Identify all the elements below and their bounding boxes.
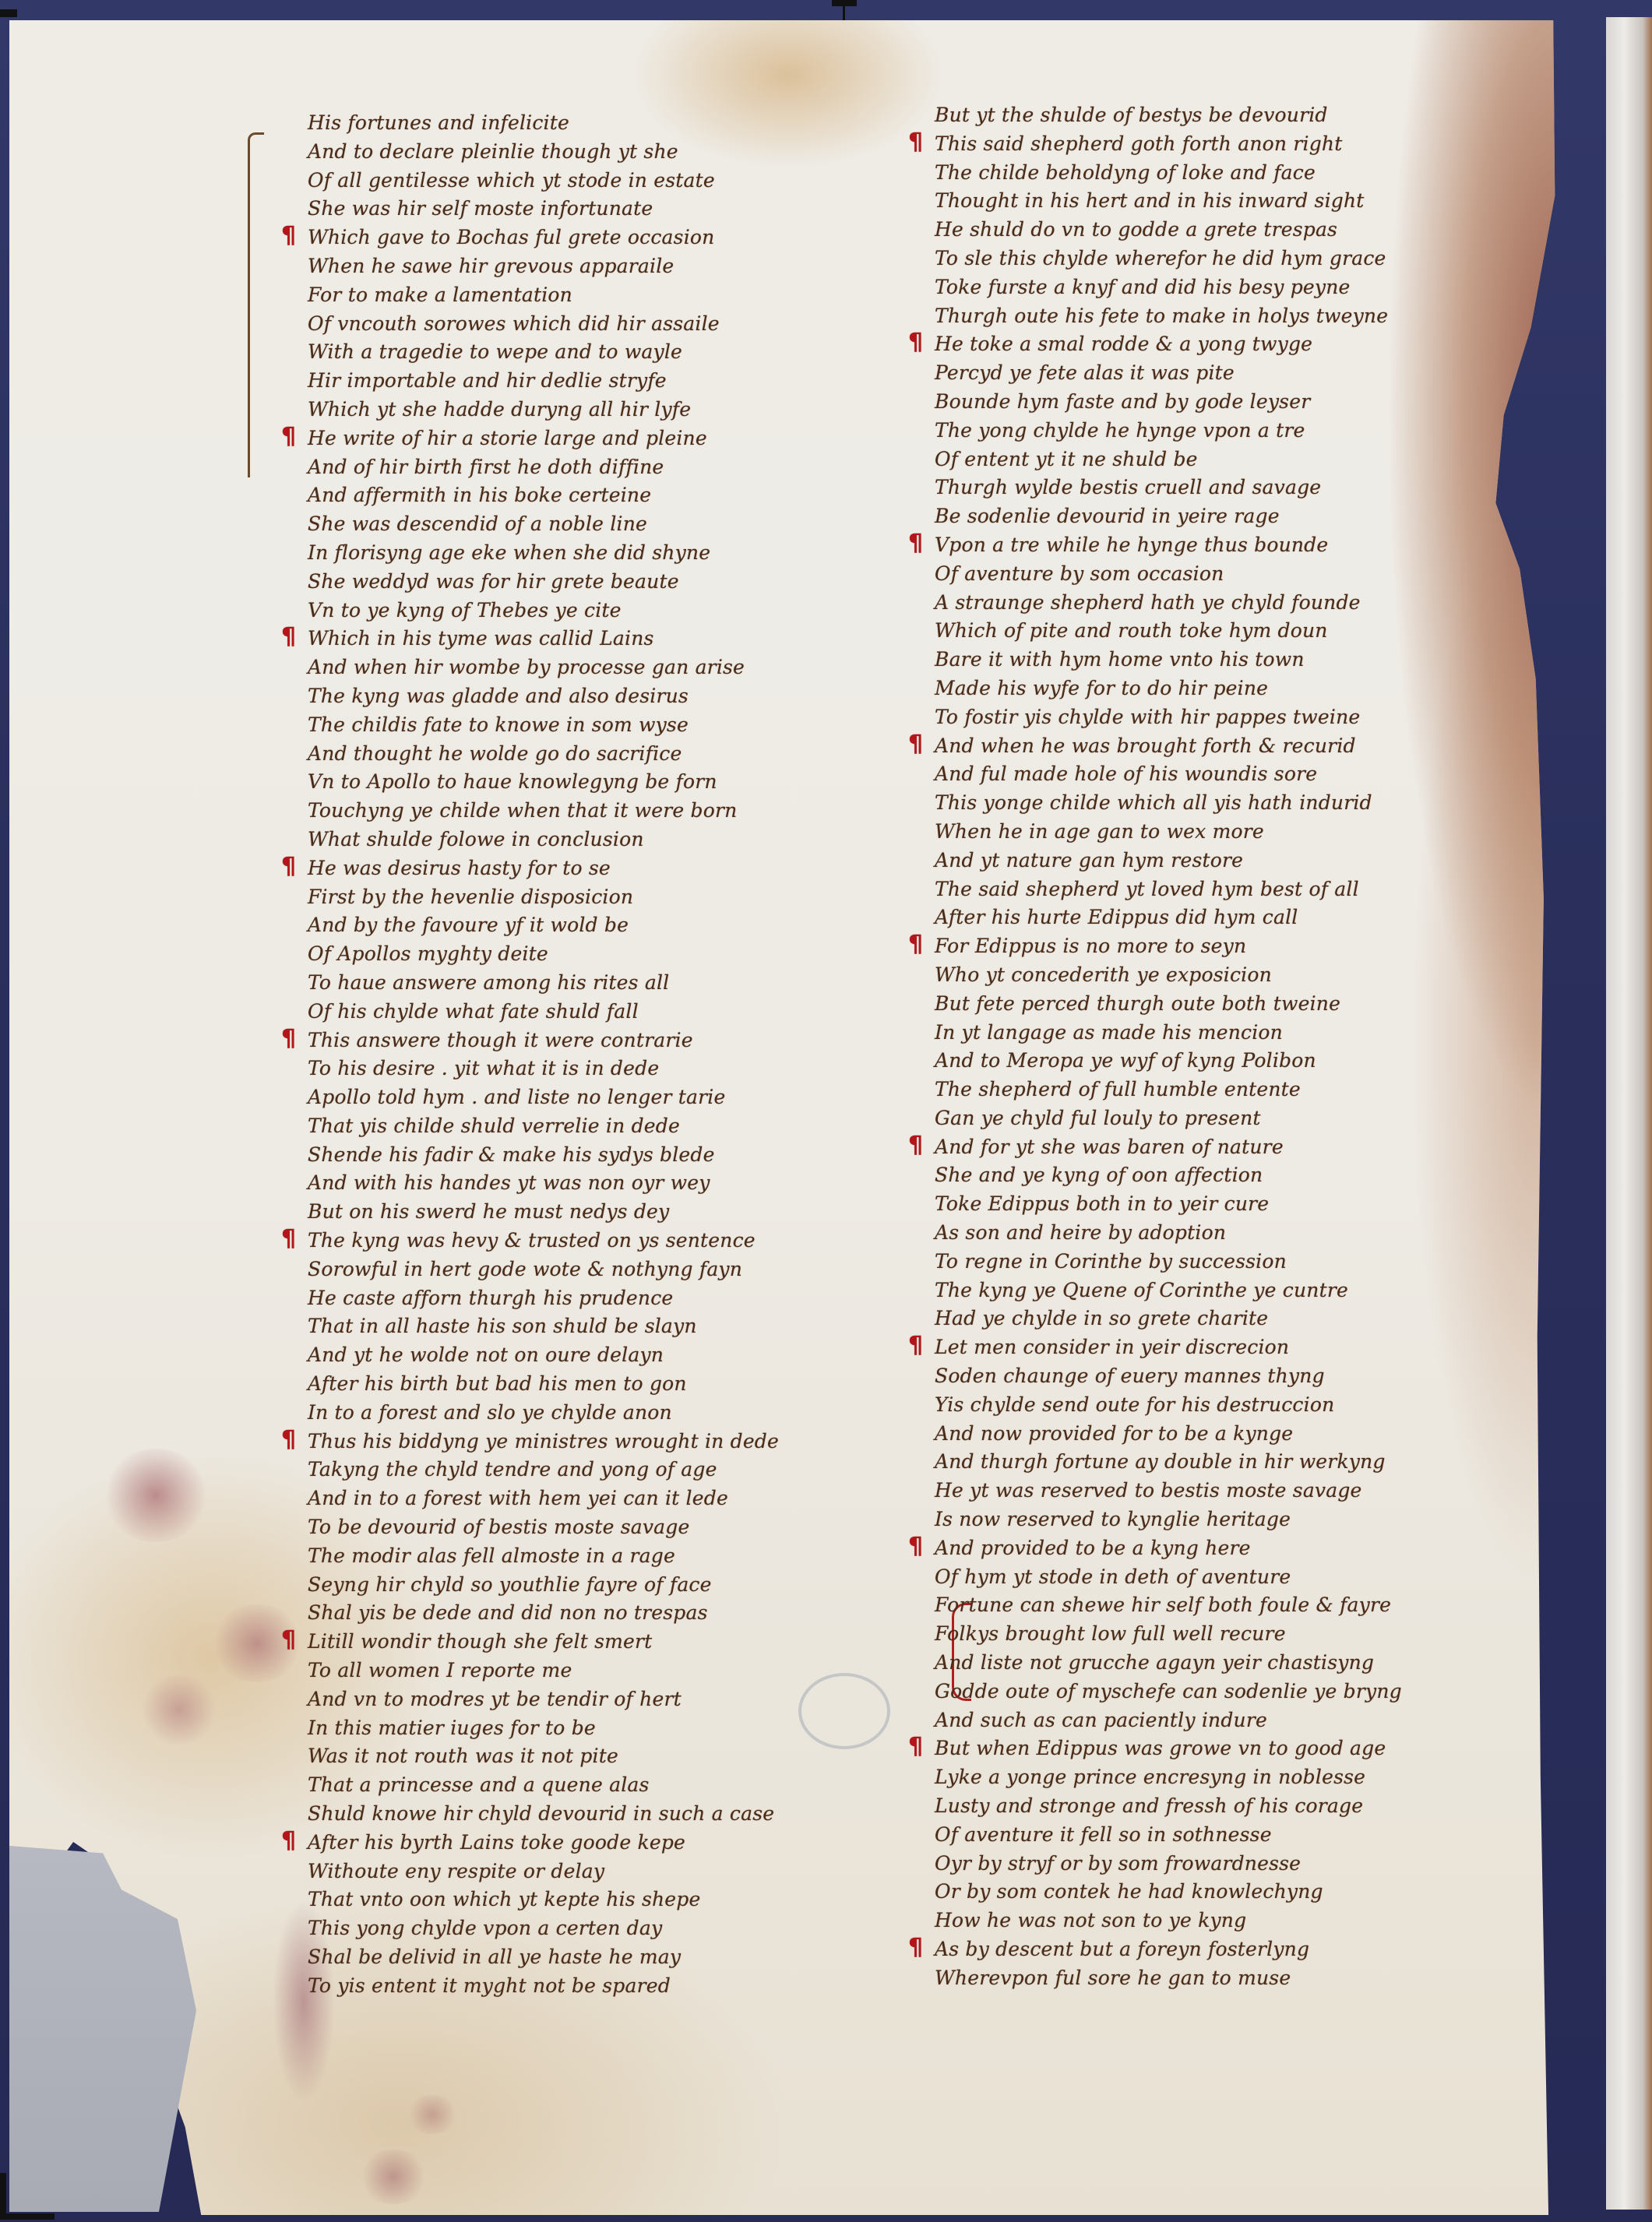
verse-line: The said shepherd yt loved hym best of a… — [935, 875, 1480, 904]
verse-line: When he sawe hir grevous apparaile — [308, 252, 853, 281]
verse-line: Apollo told hym . and liste no lenger ta… — [308, 1083, 853, 1112]
verse-line: But fete perced thurgh oute both tweine — [935, 990, 1480, 1019]
verse-line: Of aventure by som occasion — [935, 560, 1480, 589]
verse-text: That a princesse and a quene alas — [308, 1773, 650, 1796]
verse-text: Apollo told hym . and liste no lenger ta… — [308, 1086, 725, 1108]
paraph-icon: ¶ — [281, 222, 296, 251]
verse-line: Folkys brought low full well recure — [935, 1620, 1480, 1649]
verse-text: She was descendid of a noble line — [308, 512, 647, 535]
verse-line: Lyke a yonge prince encresyng in nobless… — [935, 1763, 1480, 1792]
verse-text: And provided to be a kyng here — [935, 1537, 1251, 1559]
verse-line: He yt was reserved to bestis moste savag… — [935, 1477, 1480, 1505]
verse-line: Touchyng ye childe when that it were bor… — [308, 797, 853, 826]
verse-text: Seyng hir chyld so youthlie fayre of fac… — [308, 1573, 712, 1596]
verse-text: Shuld knowe hir chyld devourid in such a… — [308, 1802, 774, 1825]
paraph-icon: ¶ — [281, 423, 296, 452]
verse-line: After his birth but bad his men to gon — [308, 1370, 853, 1399]
verse-text: Thurgh oute his fete to make in holys tw… — [935, 305, 1388, 327]
paraph-icon: ¶ — [281, 1225, 296, 1254]
verse-text: And affermith in his boke certeine — [308, 484, 651, 506]
verse-text: Yis chylde send oute for his destruccion — [935, 1393, 1334, 1416]
verse-text: Was it not routh was it not pite — [308, 1745, 618, 1767]
verse-text: Folkys brought low full well recure — [935, 1622, 1286, 1645]
verse-text: That yis childe shuld verrelie in dede — [308, 1115, 680, 1137]
verse-text: Lyke a yonge prince encresyng in nobless… — [935, 1766, 1365, 1788]
verse-text: That in all haste his son shuld be slayn — [308, 1315, 697, 1337]
margin-bracket-stroke — [248, 132, 264, 477]
verse-text: And liste not grucche agayn yeir chastis… — [935, 1651, 1374, 1674]
verse-text: This yonge childe which all yis hath ind… — [935, 791, 1372, 814]
verse-text: Had ye chylde in so grete charite — [935, 1307, 1268, 1329]
verse-text: Of all gentilesse which yt stode in esta… — [308, 169, 715, 192]
verse-line: The kyng ye Quene of Corinthe ye cuntre — [935, 1277, 1480, 1305]
verse-line: The shepherd of full humble entente — [935, 1076, 1480, 1104]
stain — [405, 2095, 460, 2134]
verse-line: Percyd ye fete alas it was pite — [935, 359, 1480, 388]
verse-text: And in to a forest with hem yei can it l… — [308, 1487, 728, 1509]
verse-text: After his hurte Edippus did hym call — [935, 906, 1298, 928]
paraph-icon: ¶ — [281, 1426, 296, 1455]
verse-line: ¶But when Edippus was growe vn to good a… — [935, 1734, 1480, 1763]
verse-line: ¶The kyng was hevy & trusted on ys sente… — [308, 1227, 853, 1255]
verse-line: Vn to ye kyng of Thebes ye cite — [308, 597, 853, 625]
verse-line: ¶This answere though it were contrarie — [308, 1026, 853, 1055]
text-column-left: His fortunes and infeliciteAnd to declar… — [308, 109, 853, 2001]
verse-text: Be sodenlie devourid in yeire rage — [935, 505, 1280, 527]
verse-text: But fete perced thurgh oute both tweine — [935, 992, 1340, 1015]
verse-line: And thurgh fortune ay double in hir werk… — [935, 1448, 1480, 1477]
verse-text: Gan ye chyld ful louly to present — [935, 1107, 1261, 1129]
verse-line: After his hurte Edippus did hym call — [935, 903, 1480, 932]
verse-line: ¶And for yt she was baren of nature — [935, 1133, 1480, 1162]
verse-text: Which of pite and routh toke hym doun — [935, 619, 1328, 642]
verse-line: To regne in Corinthe by succession — [935, 1248, 1480, 1277]
verse-line: That yis childe shuld verrelie in dede — [308, 1112, 853, 1141]
verse-line: Was it not routh was it not pite — [308, 1742, 853, 1771]
verse-line: ¶This said shepherd goth forth anon righ… — [935, 130, 1480, 159]
verse-line: Lusty and stronge and fressh of his cora… — [935, 1792, 1480, 1821]
paraph-icon: ¶ — [908, 1733, 923, 1762]
verse-text: His fortunes and infelicite — [308, 111, 569, 134]
verse-text: He write of hir a storie large and plein… — [308, 427, 707, 449]
paraph-icon: ¶ — [908, 530, 923, 558]
verse-line: Of Apollos myghty deite — [308, 940, 853, 969]
verse-line: ¶He toke a smal rodde & a yong twyge — [935, 330, 1480, 359]
verse-text: The shepherd of full humble entente — [935, 1078, 1301, 1100]
verse-text: And by the favoure yf it wold be — [308, 914, 629, 936]
verse-line: Bounde hym faste and by gode leyser — [935, 388, 1480, 417]
verse-text: Bounde hym faste and by gode leyser — [935, 390, 1310, 413]
verse-line: That a princesse and a quene alas — [308, 1771, 853, 1800]
verse-line: ¶Vpon a tre while he hynge thus bounde — [935, 531, 1480, 560]
verse-line: And ful made hole of his woundis sore — [935, 760, 1480, 789]
verse-text: This yong chylde vpon a certen day — [308, 1917, 662, 1939]
verse-text: Let men consider in yeir discrecion — [935, 1336, 1289, 1358]
verse-line: Hir importable and hir dedlie stryfe — [308, 367, 853, 396]
verse-text: Takyng the chyld tendre and yong of age — [308, 1458, 717, 1481]
verse-text: And thurgh fortune ay double in hir werk… — [935, 1450, 1386, 1473]
verse-text: Oyr by stryf or by som frowardnesse — [935, 1852, 1301, 1875]
verse-text: Toke Edippus both in to yeir cure — [935, 1192, 1269, 1215]
verse-text: And when he was brought forth & recurid — [935, 734, 1356, 757]
verse-text: To be devourid of bestis moste savage — [308, 1516, 689, 1538]
verse-line: In yt langage as made his mencion — [935, 1019, 1480, 1048]
verse-text: He was desirus hasty for to se — [308, 857, 611, 879]
registration-mark-corner — [0, 2173, 6, 2220]
verse-text: Withoute eny respite or delay — [308, 1860, 604, 1882]
verse-line: ¶Which gave to Bochas ful grete occasion — [308, 224, 853, 252]
verse-line: Takyng the chyld tendre and yong of age — [308, 1456, 853, 1484]
verse-text: Of vncouth sorowes which did hir assaile — [308, 312, 720, 335]
verse-line: To his desire . yit what it is in dede — [308, 1055, 853, 1083]
verse-line: And liste not grucche agayn yeir chastis… — [935, 1649, 1480, 1678]
verse-line: Vn to Apollo to haue knowlegyng be forn — [308, 768, 853, 797]
verse-text: The kyng ye Quene of Corinthe ye cuntre — [935, 1279, 1348, 1301]
verse-text: In florisyng age eke when she did shyne — [308, 541, 710, 564]
verse-line: And by the favoure yf it wold be — [308, 911, 853, 940]
verse-line: To sle this chylde wherefor he did hym g… — [935, 245, 1480, 273]
verse-text: Wherevpon ful sore he gan to muse — [935, 1967, 1291, 1989]
verse-line: ¶And when he was brought forth & recurid — [935, 732, 1480, 761]
verse-text: Is now reserved to kynglie heritage — [935, 1508, 1291, 1530]
paraph-icon: ¶ — [908, 1332, 923, 1361]
paraph-icon: ¶ — [281, 1626, 296, 1655]
verse-line: First by the hevenlie disposicion — [308, 883, 853, 912]
verse-text: Vn to ye kyng of Thebes ye cite — [308, 599, 622, 622]
registration-mark-top — [832, 0, 857, 6]
paraph-icon: ¶ — [908, 329, 923, 357]
paraph-icon: ¶ — [908, 1934, 923, 1963]
verse-text: To haue answere among his rites all — [308, 971, 669, 994]
verse-line: In to a forest and slo ye chylde anon — [308, 1399, 853, 1428]
verse-text: She was hir self moste infortunate — [308, 197, 653, 220]
adjacent-leaf-edge — [1606, 17, 1652, 2210]
verse-line: Oyr by stryf or by som frowardnesse — [935, 1850, 1480, 1879]
verse-text: The childis fate to knowe in som wyse — [308, 713, 689, 736]
verse-line: That vnto oon which yt kepte his shepe — [308, 1886, 853, 1914]
verse-line: She was descendid of a noble line — [308, 510, 853, 539]
verse-text: She and ye kyng of oon affection — [935, 1164, 1263, 1186]
verse-text: He caste afforn thurgh his prudence — [308, 1287, 673, 1309]
verse-line: She and ye kyng of oon affection — [935, 1161, 1480, 1190]
verse-line: To be devourid of bestis moste savage — [308, 1513, 853, 1542]
verse-line: The childis fate to knowe in som wyse — [308, 711, 853, 740]
verse-line: And vn to modres yt be tendir of hert — [308, 1685, 853, 1714]
verse-line: Fortune can shewe hir self both foule & … — [935, 1591, 1480, 1620]
verse-line: ¶For Edippus is no more to seyn — [935, 932, 1480, 961]
verse-line: This yong chylde vpon a certen day — [308, 1914, 853, 1943]
verse-text: Toke furste a knyf and did his besy peyn… — [935, 276, 1351, 298]
verse-line: This yonge childe which all yis hath ind… — [935, 789, 1480, 818]
verse-text: Vpon a tre while he hynge thus bounde — [935, 533, 1328, 556]
verse-line: As son and heire by adoption — [935, 1219, 1480, 1248]
verse-line: Of all gentilesse which yt stode in esta… — [308, 167, 853, 195]
verse-text: For to make a lamentation — [308, 283, 572, 306]
verse-line: He caste afforn thurgh his prudence — [308, 1284, 853, 1313]
verse-text: Of his chylde what fate shuld fall — [308, 1000, 639, 1023]
verse-line: And yt he wolde not on oure delayn — [308, 1341, 853, 1370]
stain — [101, 1449, 210, 1542]
verse-text: He shuld do vn to godde a grete trespas — [935, 218, 1337, 241]
stain — [140, 1674, 218, 1745]
verse-text: This answere though it were contrarie — [308, 1029, 693, 1051]
verse-line: Of his chylde what fate shuld fall — [308, 998, 853, 1026]
verse-line: And when hir wombe by processe gan arise — [308, 653, 853, 682]
verse-line: But on his swerd he must nedys dey — [308, 1198, 853, 1227]
verse-text: Which yt she hadde duryng all hir lyfe — [308, 398, 691, 421]
verse-line: Or by som contek he had knowlechyng — [935, 1878, 1480, 1907]
verse-text: And such as can paciently indure — [935, 1709, 1267, 1731]
verse-text: Shende his fadir & make his sydys blede — [308, 1143, 715, 1166]
verse-text: And for yt she was baren of nature — [935, 1136, 1284, 1158]
verse-text: To sle this chylde wherefor he did hym g… — [935, 247, 1386, 269]
verse-text: Thus his biddyng ye ministres wrought in… — [308, 1430, 779, 1453]
verse-line: ¶And provided to be a kyng here — [935, 1534, 1480, 1563]
verse-line: Of hym yt stode in deth of aventure — [935, 1563, 1480, 1592]
verse-text: When he sawe hir grevous apparaile — [308, 255, 674, 277]
verse-line: Be sodenlie devourid in yeire rage — [935, 502, 1480, 531]
verse-text: Litill wondir though she felt smert — [308, 1630, 652, 1653]
verse-line: With a tragedie to wepe and to wayle — [308, 338, 853, 367]
text-column-right: But yt the shulde of bestys be devourid¶… — [935, 101, 1480, 1993]
verse-line: Of vncouth sorowes which did hir assaile — [308, 310, 853, 339]
verse-text: As son and heire by adoption — [935, 1221, 1226, 1244]
verse-line: He shuld do vn to godde a grete trespas — [935, 216, 1480, 245]
verse-line: Shende his fadir & make his sydys blede — [308, 1141, 853, 1170]
verse-text: Fortune can shewe hir self both foule & … — [935, 1593, 1391, 1616]
verse-line: And to declare pleinlie though yt she — [308, 138, 853, 167]
verse-line: Gan ye chyld ful louly to present — [935, 1104, 1480, 1133]
verse-text: With a tragedie to wepe and to wayle — [308, 340, 682, 363]
verse-line: Had ye chylde in so grete charite — [935, 1305, 1480, 1333]
verse-text: To all women I reporte me — [308, 1659, 572, 1681]
verse-line: Wherevpon ful sore he gan to muse — [935, 1964, 1480, 1993]
verse-line: The modir alas fell almoste in a rage — [308, 1542, 853, 1571]
paraph-icon: ¶ — [908, 129, 923, 157]
verse-line: What shulde folowe in conclusion — [308, 826, 853, 854]
verse-text: And now provided for to be a kynge — [935, 1422, 1293, 1445]
verse-text: And when hir wombe by processe gan arise — [308, 656, 745, 678]
verse-text: As by descent but a foreyn fosterlyng — [935, 1938, 1309, 1960]
verse-line: A straunge shepherd hath ye chyld founde — [935, 589, 1480, 618]
verse-text: But when Edippus was growe vn to good ag… — [935, 1737, 1386, 1759]
verse-text: And thought he wolde go do sacrifice — [308, 742, 682, 765]
verse-line: To fostir yis chylde with hir pappes twe… — [935, 703, 1480, 732]
verse-text: The kyng was hevy & trusted on ys senten… — [308, 1229, 756, 1252]
verse-line: The childe beholdyng of loke and face — [935, 159, 1480, 188]
verse-line: Shal yis be dede and did non no trespas — [308, 1599, 853, 1628]
verse-text: When he in age gan to wex more — [935, 820, 1264, 843]
verse-text: How he was not son to ye kyng — [935, 1909, 1246, 1931]
verse-text: The childe beholdyng of loke and face — [935, 161, 1316, 184]
verse-line: Thought in his hert and in his inward si… — [935, 187, 1480, 216]
verse-text: Which in his tyme was callid Lains — [308, 627, 654, 650]
verse-line: ¶As by descent but a foreyn fosterlyng — [935, 1935, 1480, 1964]
paraph-icon: ¶ — [908, 931, 923, 960]
verse-line: She was hir self moste infortunate — [308, 195, 853, 224]
verse-line: Godde oute of myschefe can sodenlie ye b… — [935, 1678, 1480, 1706]
verse-line: And yt nature gan hym restore — [935, 847, 1480, 875]
verse-line: Sorowful in hert gode wote & nothyng fay… — [308, 1255, 853, 1284]
verse-text: And to declare pleinlie though yt she — [308, 140, 678, 163]
verse-line: ¶He write of hir a storie large and plei… — [308, 424, 853, 453]
verse-text: Touchyng ye childe when that it were bor… — [308, 799, 737, 822]
verse-text: But on his swerd he must nedys dey — [308, 1200, 669, 1223]
verse-text: The yong chylde he hynge vpon a tre — [935, 419, 1305, 442]
verse-line: Soden chaunge of euery mannes thyng — [935, 1362, 1480, 1391]
verse-text: Soden chaunge of euery mannes thyng — [935, 1365, 1325, 1387]
verse-text: Hir importable and hir dedlie stryfe — [308, 369, 667, 392]
verse-line: The yong chylde he hynge vpon a tre — [935, 417, 1480, 445]
verse-text: The kyng was gladde and also desirus — [308, 685, 689, 707]
verse-text: Percyd ye fete alas it was pite — [935, 361, 1235, 384]
verse-line: ¶After his byrth Lains toke goode kepe — [308, 1829, 853, 1858]
verse-text: Shal be delivid in all ye haste he may — [308, 1946, 681, 1968]
verse-line: ¶Let men consider in yeir discrecion — [935, 1333, 1480, 1362]
paraph-icon: ¶ — [908, 1132, 923, 1160]
verse-line: And with his handes yt was non oyr wey — [308, 1169, 853, 1198]
verse-line: In florisyng age eke when she did shyne — [308, 539, 853, 568]
verse-text: To yis entent it myght not be spared — [308, 1974, 671, 1997]
verse-text: The said shepherd yt loved hym best of a… — [935, 878, 1359, 900]
verse-text: Sorowful in hert gode wote & nothyng fay… — [308, 1258, 742, 1280]
verse-text: In yt langage as made his mencion — [935, 1021, 1283, 1044]
verse-text: To his desire . yit what it is in dede — [308, 1057, 659, 1079]
verse-line: And of hir birth first he doth diffine — [308, 453, 853, 482]
verse-line: To yis entent it myght not be spared — [308, 1972, 853, 2001]
verse-text: And to Meropa ye wyf of kyng Polibon — [935, 1049, 1316, 1072]
verse-line: Of entent yt it ne shuld be — [935, 445, 1480, 474]
verse-text: Lusty and stronge and fressh of his cora… — [935, 1794, 1363, 1817]
verse-line: And in to a forest with hem yei can it l… — [308, 1484, 853, 1513]
verse-line: But yt the shulde of bestys be devourid — [935, 101, 1480, 130]
verse-line: In this matier iuges for to be — [308, 1714, 853, 1743]
verse-line: Toke furste a knyf and did his besy peyn… — [935, 273, 1480, 302]
verse-line: Made his wyfe for to do hir peine — [935, 674, 1480, 703]
registration-mark-corner — [0, 2213, 55, 2220]
verse-line: And now provided for to be a kynge — [935, 1420, 1480, 1449]
verse-text: And yt nature gan hym restore — [935, 849, 1243, 872]
verse-text: And with his handes yt was non oyr wey — [308, 1171, 710, 1194]
verse-text: Thought in his hert and in his inward si… — [935, 189, 1365, 212]
verse-text: Vn to Apollo to haue knowlegyng be forn — [308, 770, 717, 793]
verse-line: She weddyd was for hir grete beaute — [308, 568, 853, 597]
paraph-icon: ¶ — [908, 1533, 923, 1562]
verse-text: Which gave to Bochas ful grete occasion — [308, 226, 714, 248]
verse-line: Of aventure it fell so in sothnesse — [935, 1821, 1480, 1850]
verse-text: Of aventure by som occasion — [935, 562, 1224, 585]
verse-text: Made his wyfe for to do hir peine — [935, 677, 1268, 699]
verse-text: And ful made hole of his woundis sore — [935, 762, 1317, 785]
verse-text: The modir alas fell almoste in a rage — [308, 1544, 675, 1567]
verse-line: ¶Litill wondir though she felt smert — [308, 1628, 853, 1657]
verse-text: Bare it with hym home vnto his town — [935, 648, 1305, 671]
verse-line: That in all haste his son shuld be slayn — [308, 1312, 853, 1341]
verse-text: After his birth but bad his men to gon — [308, 1372, 687, 1395]
verse-text: Godde oute of myschefe can sodenlie ye b… — [935, 1680, 1402, 1703]
verse-line: When he in age gan to wex more — [935, 818, 1480, 847]
verse-line: Shuld knowe hir chyld devourid in such a… — [308, 1800, 853, 1829]
verse-text: Of aventure it fell so in sothnesse — [935, 1823, 1272, 1846]
verse-text: Who yt concederith ye exposicion — [935, 963, 1272, 986]
verse-text: And of hir birth first he doth diffine — [308, 456, 664, 478]
verse-line: For to make a lamentation — [308, 281, 853, 310]
verse-line: Shal be delivid in all ye haste he may — [308, 1943, 853, 1972]
verse-line: Which of pite and routh toke hym doun — [935, 617, 1480, 646]
paraph-icon: ¶ — [908, 731, 923, 759]
verse-text: To regne in Corinthe by succession — [935, 1250, 1287, 1273]
verse-line: And such as can paciently indure — [935, 1706, 1480, 1735]
verse-text: But yt the shulde of bestys be devourid — [935, 104, 1328, 126]
verse-line: His fortunes and infelicite — [308, 109, 853, 138]
paraph-icon: ¶ — [281, 1827, 296, 1856]
verse-text: Thurgh wylde bestis cruell and savage — [935, 476, 1321, 498]
verse-line: Yis chylde send oute for his destruccion — [935, 1391, 1480, 1420]
verse-text: After his byrth Lains toke goode kepe — [308, 1831, 685, 1854]
verse-line: ¶Thus his biddyng ye ministres wrought i… — [308, 1428, 853, 1456]
verse-text: Of hym yt stode in deth of aventure — [935, 1565, 1291, 1588]
verse-text: And vn to modres yt be tendir of hert — [308, 1688, 682, 1710]
verse-line: ¶He was desirus hasty for to se — [308, 854, 853, 883]
verse-line: ¶Which in his tyme was callid Lains — [308, 625, 853, 653]
verse-text: A straunge shepherd hath ye chyld founde — [935, 591, 1361, 614]
verse-line: And thought he wolde go do sacrifice — [308, 740, 853, 769]
verse-line: And to Meropa ye wyf of kyng Polibon — [935, 1047, 1480, 1076]
verse-text: To fostir yis chylde with hir pappes twe… — [935, 706, 1360, 728]
verse-text: Or by som contek he had knowlechyng — [935, 1880, 1323, 1903]
verse-text: And yt he wolde not on oure delayn — [308, 1343, 664, 1366]
verse-line: Seyng hir chyld so youthlie fayre of fac… — [308, 1571, 853, 1600]
stain — [358, 2150, 428, 2204]
verse-text: Shal yis be dede and did non no trespas — [308, 1601, 708, 1624]
paraph-icon: ¶ — [281, 1025, 296, 1054]
verse-text: In this matier iuges for to be — [308, 1717, 596, 1739]
verse-text: For Edippus is no more to seyn — [935, 935, 1246, 957]
verse-line: To haue answere among his rites all — [308, 969, 853, 998]
verse-line: Bare it with hym home vnto his town — [935, 646, 1480, 674]
verse-text: That vnto oon which yt kepte his shepe — [308, 1888, 701, 1910]
verse-line: Thurgh wylde bestis cruell and savage — [935, 474, 1480, 502]
verse-line: To all women I reporte me — [308, 1657, 853, 1685]
paraph-icon: ¶ — [281, 623, 296, 652]
verse-line: How he was not son to ye kyng — [935, 1907, 1480, 1935]
verse-line: Which yt she hadde duryng all hir lyfe — [308, 396, 853, 424]
verse-line: Who yt concederith ye exposicion — [935, 961, 1480, 990]
verse-text: He yt was reserved to bestis moste savag… — [935, 1479, 1362, 1502]
verse-text: First by the hevenlie disposicion — [308, 886, 633, 908]
verse-text: Of entent yt it ne shuld be — [935, 448, 1198, 470]
paraph-icon: ¶ — [281, 853, 296, 882]
verse-line: Thurgh oute his fete to make in holys tw… — [935, 302, 1480, 331]
verse-text: She weddyd was for hir grete beaute — [308, 570, 679, 593]
verse-text: What shulde folowe in conclusion — [308, 828, 644, 850]
verse-text: In to a forest and slo ye chylde anon — [308, 1401, 672, 1424]
verse-text: He toke a smal rodde & a yong twyge — [935, 333, 1312, 355]
verse-text: This said shepherd goth forth anon right — [935, 132, 1342, 155]
verse-line: Withoute eny respite or delay — [308, 1858, 853, 1886]
verse-line: Toke Edippus both in to yeir cure — [935, 1190, 1480, 1219]
verse-text: Of Apollos myghty deite — [308, 942, 548, 965]
verse-line: And affermith in his boke certeine — [308, 481, 853, 510]
verse-line: The kyng was gladde and also desirus — [308, 682, 853, 711]
verse-line: Is now reserved to kynglie heritage — [935, 1505, 1480, 1534]
registration-mark — [0, 9, 17, 17]
